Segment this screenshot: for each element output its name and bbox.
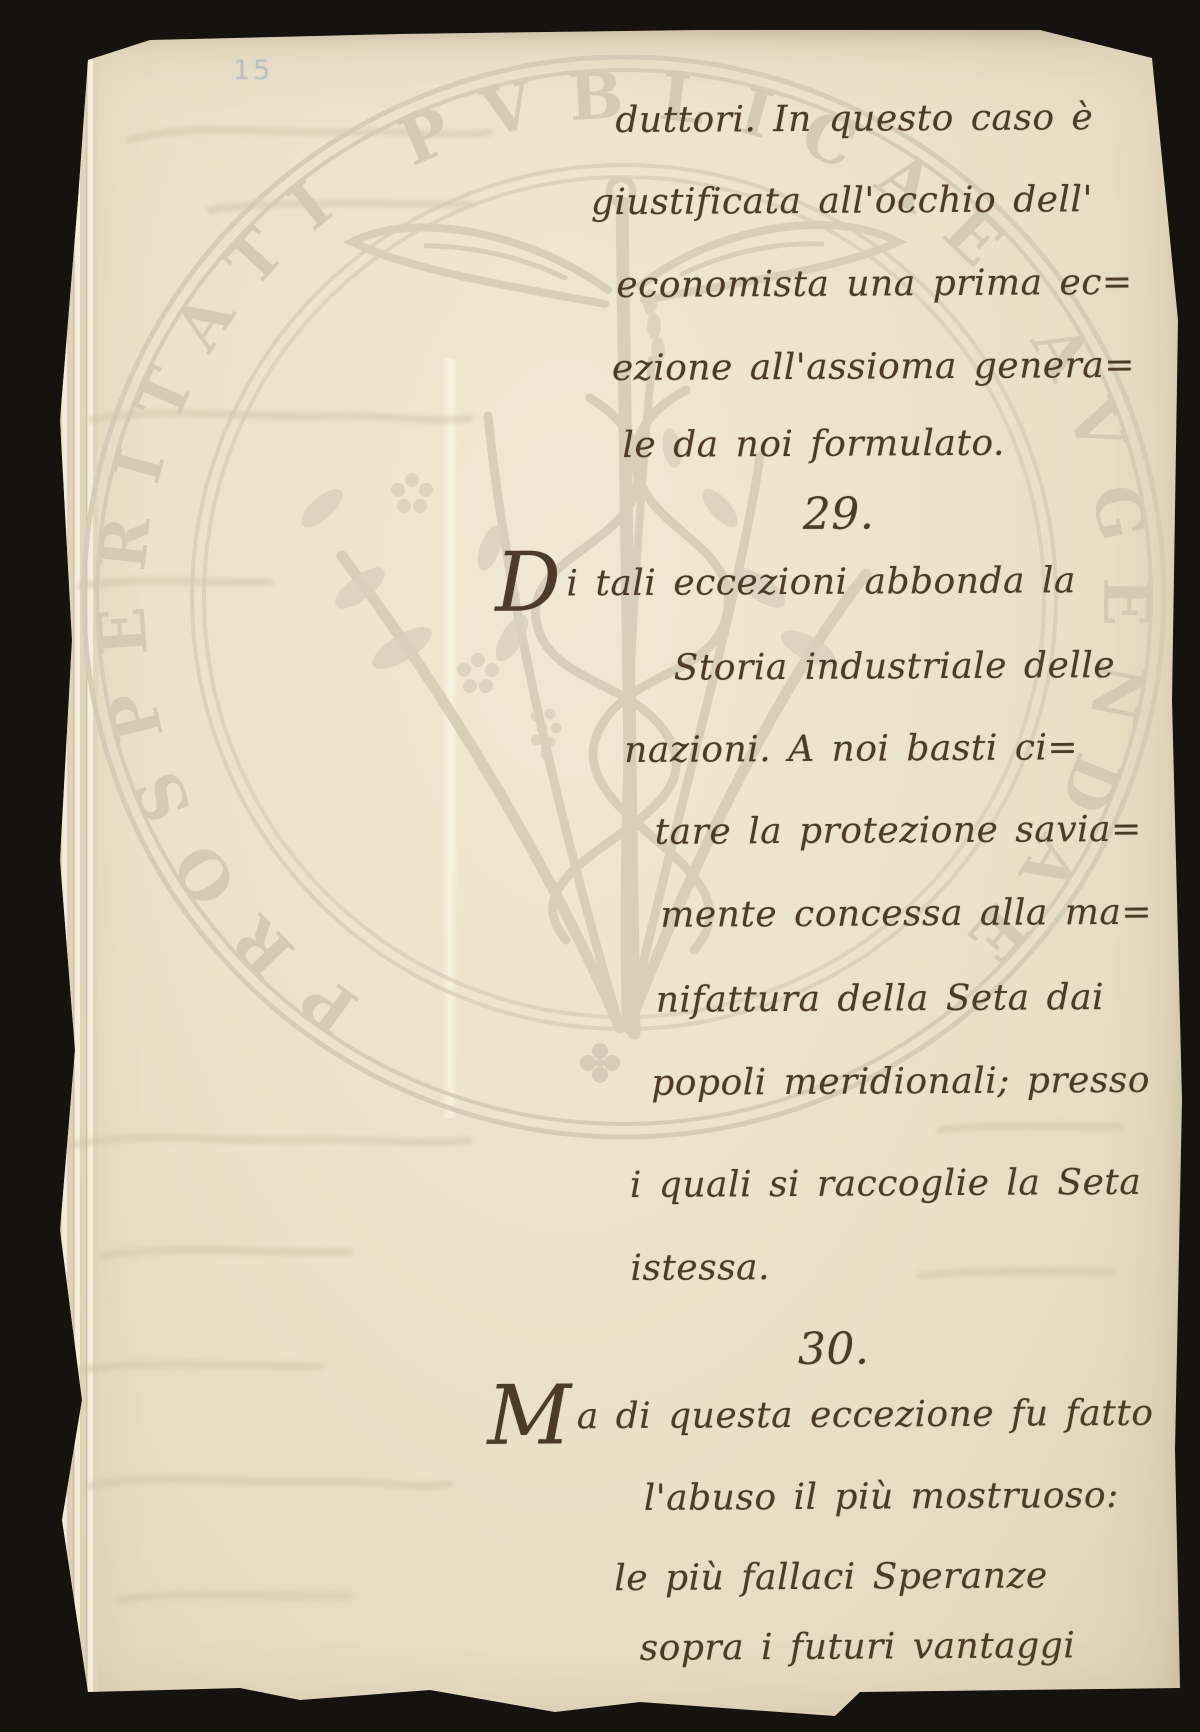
manuscript-line: ezione all'assioma genera= xyxy=(612,345,1135,389)
manuscript-page: PROSPERITATI PVBLICAE AVGENDAE xyxy=(60,28,1185,1723)
manuscript-line: tare la protezione savia= xyxy=(655,809,1142,853)
manuscript-line: istessa. xyxy=(630,1247,770,1289)
manuscript-line: nifattura della Seta dai xyxy=(656,977,1105,1021)
manuscript-line: economista una prima ec= xyxy=(616,262,1132,306)
manuscript-line: duttori. In questo caso è xyxy=(615,97,1093,141)
manuscript-line: l'abuso il più mostruoso: xyxy=(644,1475,1119,1519)
photo-backdrop: PROSPERITATI PVBLICAE AVGENDAE xyxy=(0,0,1200,1732)
manuscript-line: le più fallaci Speranze xyxy=(614,1555,1048,1599)
manuscript-line: giustificata all'occhio dell' xyxy=(591,179,1093,223)
manuscript-line: mente concessa alla ma= xyxy=(660,892,1152,936)
manuscript-line: Ma di questa eccezione fu fatto xyxy=(487,1393,1153,1438)
manuscript-line: Di tali eccezioni abbonda la xyxy=(495,560,1076,605)
manuscript-line: le da noi formulato. xyxy=(622,423,1005,466)
manuscript-line: nazioni. A noi basti ci= xyxy=(624,727,1078,771)
section-number: 30. xyxy=(798,1324,870,1375)
manuscript-line: i quali si raccoglie la Seta xyxy=(630,1162,1142,1206)
section-number: 29. xyxy=(803,488,875,539)
ornate-initial: D xyxy=(495,535,562,630)
manuscript-line: popoli meridionali; presso xyxy=(651,1060,1150,1104)
manuscript-line: Storia industriale delle xyxy=(674,645,1116,689)
ornate-initial: M xyxy=(487,1368,572,1464)
handwriting-lines: duttori. In questo caso ègiustificata al… xyxy=(55,25,1190,1727)
manuscript-line: sopra i futuri vantaggi xyxy=(640,1625,1076,1669)
